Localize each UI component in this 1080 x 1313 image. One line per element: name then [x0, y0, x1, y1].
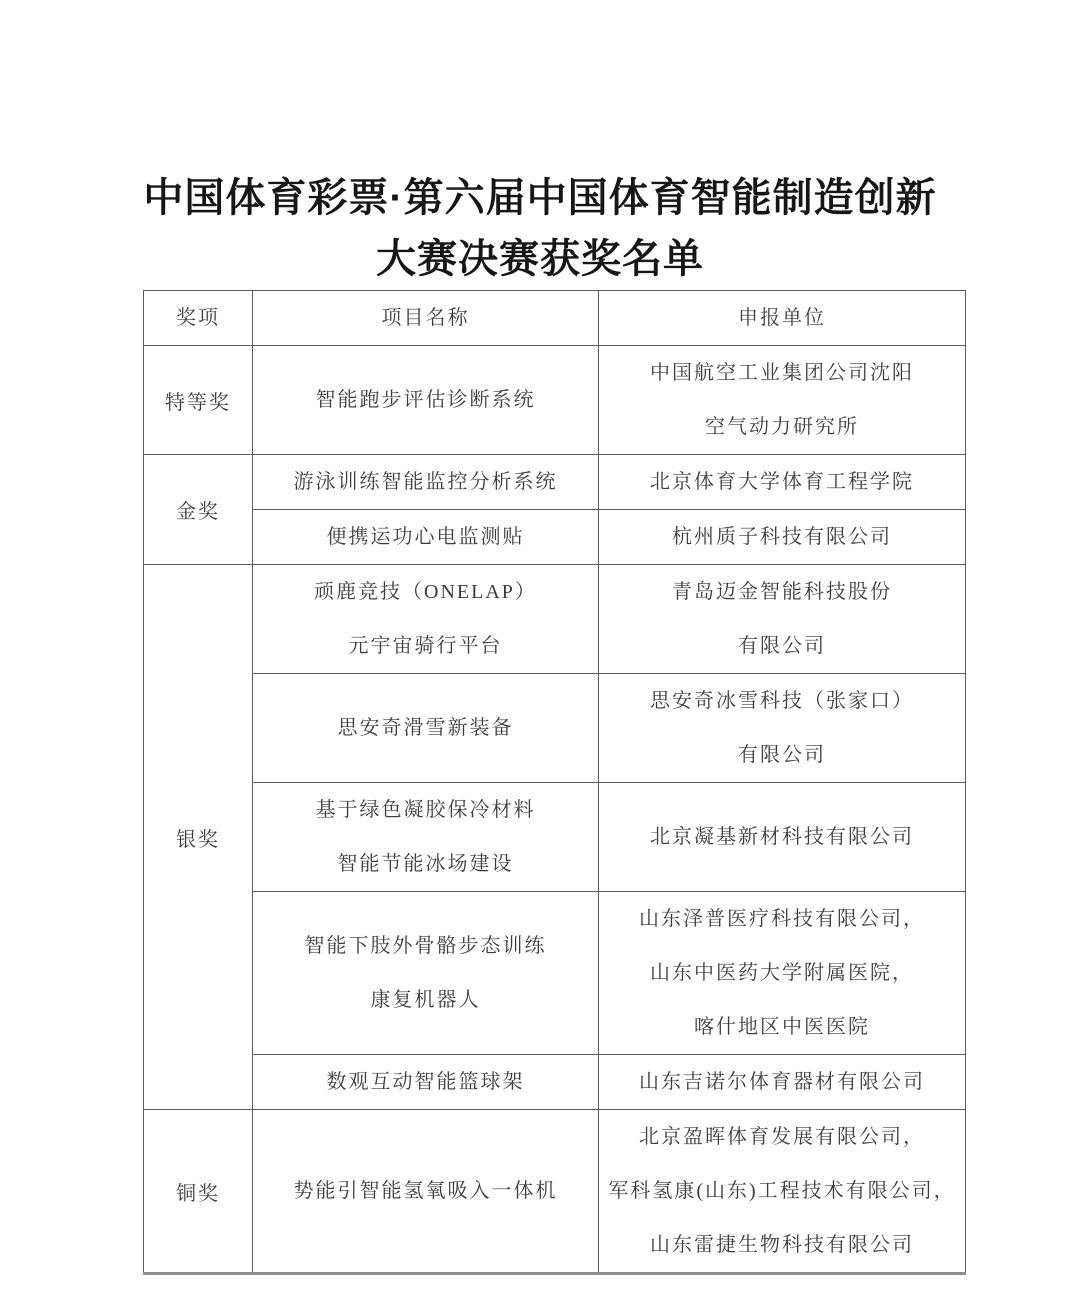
- header-project-name: 项目名称: [253, 291, 599, 346]
- applicant-org-line: 军科氢康(山东)工程技术有限公司，: [599, 1164, 965, 1218]
- applicant-org-cell: 北京盈晖体育发展有限公司，军科氢康(山东)工程技术有限公司，山东雷捷生物科技有限…: [599, 1110, 966, 1274]
- document-page: 中国体育彩票·第六届中国体育智能制造创新 大赛决赛获奖名单 奖项 项目名称 申报…: [0, 0, 1080, 1313]
- table-row: 数观互动智能篮球架山东吉诺尔体育器材有限公司: [144, 1055, 966, 1110]
- project-name-cell: 数观互动智能篮球架: [253, 1055, 599, 1110]
- applicant-org-line: 山东吉诺尔体育器材有限公司: [599, 1055, 965, 1109]
- project-name-cell: 游泳训练智能监控分析系统: [253, 455, 599, 510]
- header-applicant-org: 申报单位: [599, 291, 966, 346]
- project-name-line: 智能下肢外骨骼步态训练: [253, 919, 598, 973]
- table-row: 思安奇滑雪新装备思安奇冰雪科技（张家口）有限公司: [144, 674, 966, 783]
- table-row: 铜奖势能引智能氢氧吸入一体机北京盈晖体育发展有限公司，军科氢康(山东)工程技术有…: [144, 1110, 966, 1274]
- applicant-org-line: 青岛迈金智能科技股份: [599, 565, 965, 619]
- applicant-org-cell: 思安奇冰雪科技（张家口）有限公司: [599, 674, 966, 783]
- project-name-cell: 顽鹿竞技（ONELAP）元宇宙骑行平台: [253, 565, 599, 674]
- table-row: 特等奖智能跑步评估诊断系统中国航空工业集团公司沈阳空气动力研究所: [144, 346, 966, 455]
- award-cell: 铜奖: [144, 1110, 253, 1274]
- applicant-org-line: 山东中医药大学附属医院，: [599, 946, 965, 1000]
- applicant-org-cell: 北京体育大学体育工程学院: [599, 455, 966, 510]
- project-name-line: 便携运功心电监测贴: [253, 510, 598, 564]
- project-name-cell: 势能引智能氢氧吸入一体机: [253, 1110, 599, 1274]
- table-row: 智能下肢外骨骼步态训练康复机器人山东泽普医疗科技有限公司，山东中医药大学附属医院…: [144, 892, 966, 1055]
- document-title: 中国体育彩票·第六届中国体育智能制造创新 大赛决赛获奖名单: [0, 168, 1080, 290]
- applicant-org-line: 杭州质子科技有限公司: [599, 510, 965, 564]
- applicant-org-line: 北京盈晖体育发展有限公司，: [599, 1110, 965, 1164]
- table-row: 银奖顽鹿竞技（ONELAP）元宇宙骑行平台青岛迈金智能科技股份有限公司: [144, 565, 966, 674]
- table-row: 金奖游泳训练智能监控分析系统北京体育大学体育工程学院: [144, 455, 966, 510]
- applicant-org-line: 思安奇冰雪科技（张家口）: [599, 674, 965, 728]
- project-name-line: 思安奇滑雪新装备: [253, 701, 598, 755]
- project-name-line: 游泳训练智能监控分析系统: [253, 455, 598, 509]
- applicant-org-line: 空气动力研究所: [599, 400, 965, 454]
- applicant-org-line: 有限公司: [599, 728, 965, 782]
- table-header-row: 奖项 项目名称 申报单位: [144, 291, 966, 346]
- applicant-org-cell: 中国航空工业集团公司沈阳空气动力研究所: [599, 346, 966, 455]
- applicant-org-cell: 北京凝基新材科技有限公司: [599, 783, 966, 892]
- applicant-org-line: 北京体育大学体育工程学院: [599, 455, 965, 509]
- applicant-org-line: 山东雷捷生物科技有限公司: [599, 1218, 965, 1272]
- project-name-cell: 便携运功心电监测贴: [253, 510, 599, 565]
- award-cell: 特等奖: [144, 346, 253, 455]
- table-row: 便携运功心电监测贴杭州质子科技有限公司: [144, 510, 966, 565]
- project-name-line: 顽鹿竞技（ONELAP）: [253, 565, 598, 619]
- applicant-org-line: 有限公司: [599, 619, 965, 673]
- project-name-line: 数观互动智能篮球架: [253, 1055, 598, 1109]
- project-name-line: 基于绿色凝胶保冷材料: [253, 783, 598, 837]
- applicant-org-line: 中国航空工业集团公司沈阳: [599, 346, 965, 400]
- project-name-cell: 基于绿色凝胶保冷材料智能节能冰场建设: [253, 783, 599, 892]
- awards-table: 奖项 项目名称 申报单位 特等奖智能跑步评估诊断系统中国航空工业集团公司沈阳空气…: [143, 290, 966, 1275]
- applicant-org-cell: 山东泽普医疗科技有限公司，山东中医药大学附属医院，喀什地区中医医院: [599, 892, 966, 1055]
- applicant-org-cell: 青岛迈金智能科技股份有限公司: [599, 565, 966, 674]
- award-cell: 金奖: [144, 455, 253, 565]
- project-name-line: 势能引智能氢氧吸入一体机: [253, 1164, 598, 1218]
- project-name-line: 康复机器人: [253, 973, 598, 1027]
- applicant-org-line: 山东泽普医疗科技有限公司，: [599, 892, 965, 946]
- award-cell: 银奖: [144, 565, 253, 1110]
- project-name-line: 智能跑步评估诊断系统: [253, 373, 598, 427]
- project-name-cell: 智能下肢外骨骼步态训练康复机器人: [253, 892, 599, 1055]
- applicant-org-cell: 山东吉诺尔体育器材有限公司: [599, 1055, 966, 1110]
- awards-table-body: 特等奖智能跑步评估诊断系统中国航空工业集团公司沈阳空气动力研究所金奖游泳训练智能…: [144, 346, 966, 1274]
- project-name-cell: 智能跑步评估诊断系统: [253, 346, 599, 455]
- project-name-line: 智能节能冰场建设: [253, 837, 598, 891]
- applicant-org-line: 喀什地区中医医院: [599, 1000, 965, 1054]
- document-title-line-1: 中国体育彩票·第六届中国体育智能制造创新: [143, 176, 936, 220]
- table-row: 基于绿色凝胶保冷材料智能节能冰场建设北京凝基新材科技有限公司: [144, 783, 966, 892]
- project-name-line: 元宇宙骑行平台: [253, 619, 598, 673]
- document-title-line-2: 大赛决赛获奖名单: [376, 237, 704, 281]
- applicant-org-line: 北京凝基新材科技有限公司: [599, 810, 965, 864]
- applicant-org-cell: 杭州质子科技有限公司: [599, 510, 966, 565]
- header-award: 奖项: [144, 291, 253, 346]
- project-name-cell: 思安奇滑雪新装备: [253, 674, 599, 783]
